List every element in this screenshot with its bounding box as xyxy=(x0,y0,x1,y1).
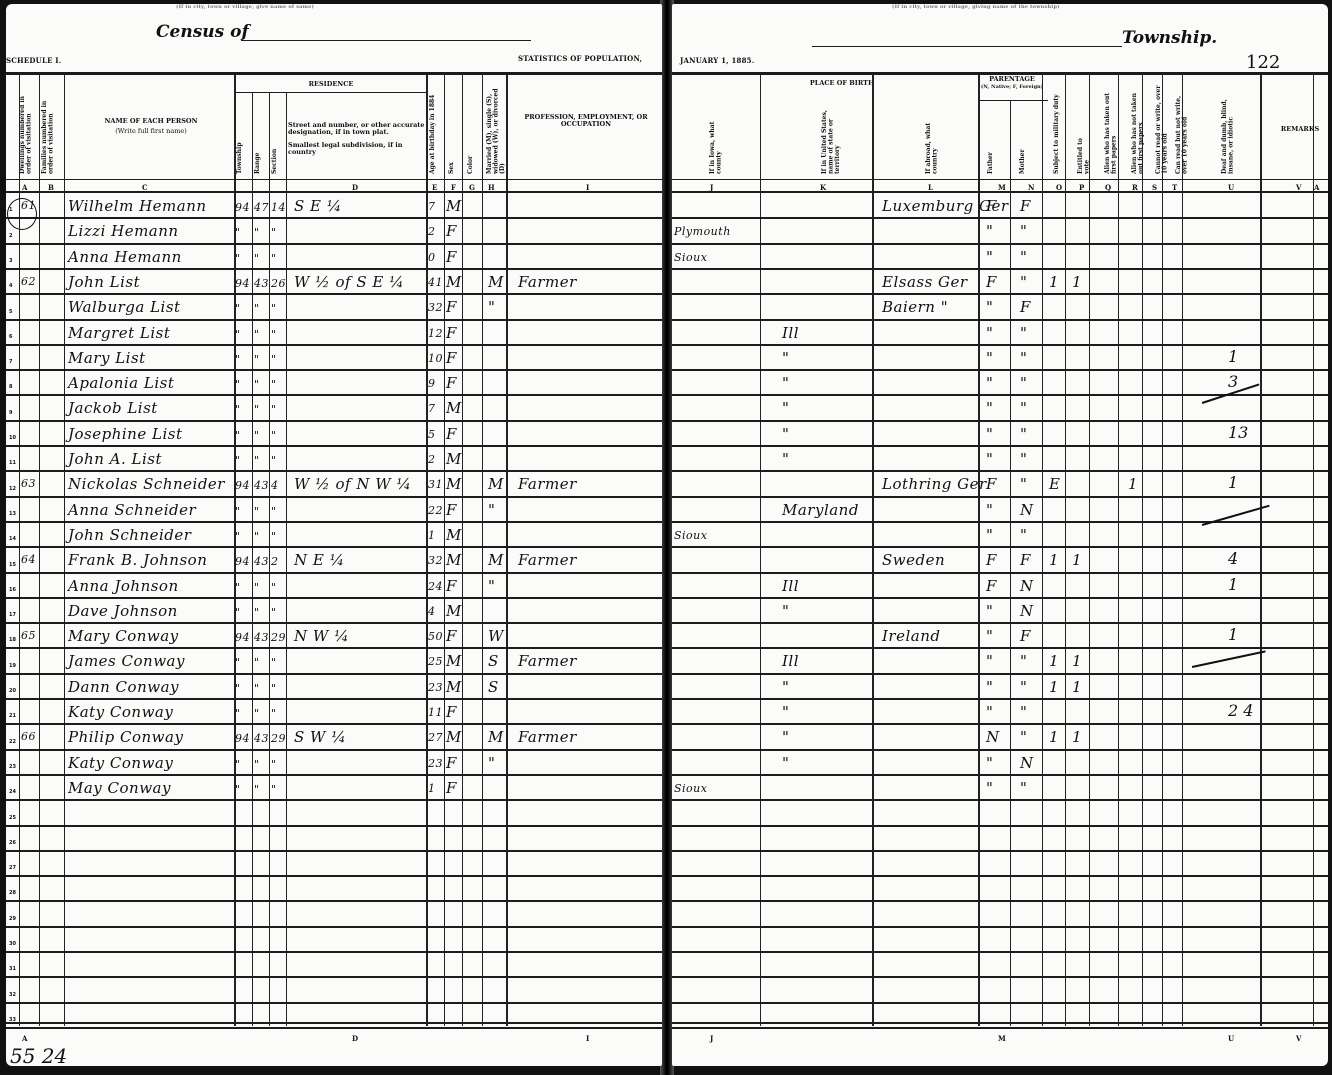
row-rule xyxy=(672,572,1328,574)
mother-value: N xyxy=(1020,501,1034,519)
township-value: " xyxy=(235,252,241,265)
sex-value: M xyxy=(446,652,462,670)
sex-value: M xyxy=(446,399,462,417)
row-rule xyxy=(672,1002,1328,1004)
father-value: " xyxy=(986,501,993,519)
street-value: S W ¼ xyxy=(294,728,346,746)
row-rule xyxy=(672,420,1328,422)
occupation-value: Farmer xyxy=(518,475,577,493)
person-name: Katy Conway xyxy=(68,703,173,721)
person-name: Philip Conway xyxy=(68,728,183,746)
row-rule xyxy=(6,799,662,801)
col-letter-o: O xyxy=(1056,183,1062,192)
printed-line-number: 12 xyxy=(9,486,16,492)
township-value: 94 xyxy=(235,631,250,644)
us-state-value: Maryland xyxy=(782,501,859,519)
township-value: " xyxy=(235,226,241,239)
township-value: " xyxy=(235,403,241,416)
person-name: Frank B. Johnson xyxy=(68,551,207,569)
row-rule xyxy=(6,420,662,422)
person-name: Mary List xyxy=(68,349,146,367)
letters-rule xyxy=(6,191,662,193)
person-name: Wilhelm Hemann xyxy=(68,197,207,215)
printed-line-number: 24 xyxy=(9,789,16,795)
remark-tally: 1 xyxy=(1228,347,1238,366)
person-name: Dann Conway xyxy=(68,678,179,696)
row-rule xyxy=(672,344,1328,346)
township-title: Township. xyxy=(1122,28,1217,48)
sex-value: M xyxy=(446,475,462,493)
row-rule xyxy=(6,749,662,751)
row-rule xyxy=(6,698,662,700)
sex-value: M xyxy=(446,273,462,291)
sex-value: F xyxy=(446,248,457,266)
occupation-value: Farmer xyxy=(518,728,577,746)
parentage-rule xyxy=(978,100,1048,101)
col-letter-d: D xyxy=(352,183,358,192)
abroad-value: Baiern " xyxy=(882,298,948,316)
row-rule xyxy=(6,243,662,245)
col-township-header: Township xyxy=(237,134,244,174)
remark-tally: 2 4 xyxy=(1228,701,1253,720)
sex-value: F xyxy=(446,349,457,367)
township-value: " xyxy=(235,505,241,518)
range-value: " xyxy=(254,581,260,594)
person-name: Jackob List xyxy=(68,399,158,417)
mother-value: F xyxy=(1020,627,1031,645)
age-value: 10 xyxy=(428,352,443,365)
marital-value: W xyxy=(488,627,504,645)
township-value: 94 xyxy=(235,201,250,214)
col-street-header: Street and number, or other accurate des… xyxy=(288,122,426,136)
dwelling-number: 62 xyxy=(21,275,36,288)
row-rule xyxy=(6,673,662,675)
col-letter-t: T xyxy=(1172,183,1177,192)
father-value: F xyxy=(986,273,997,291)
range-value: " xyxy=(254,454,260,467)
range-value: " xyxy=(254,707,260,720)
foot-letter-j: J xyxy=(710,1034,713,1043)
section-value: 26 xyxy=(271,277,286,290)
sex-value: M xyxy=(446,197,462,215)
col-letter-e: E xyxy=(432,183,437,192)
age-value: 41 xyxy=(428,276,443,289)
printed-line-number: 26 xyxy=(9,840,16,846)
footer-rule xyxy=(6,1022,662,1024)
mother-value: " xyxy=(1020,703,1027,721)
father-value: F xyxy=(986,577,997,595)
foot-letter-m: M xyxy=(998,1034,1006,1043)
age-value: 9 xyxy=(428,377,436,390)
place-of-birth-header: PLACE OF BIRTH xyxy=(732,80,952,87)
printed-line-number: 2 xyxy=(9,233,12,239)
township-value: " xyxy=(235,454,241,467)
printed-line-number: 17 xyxy=(9,612,16,618)
col-letter-i: I xyxy=(586,183,589,192)
col-profession-header: PROFESSION, EMPLOYMENT, OR OCCUPATION xyxy=(511,114,661,128)
sex-value: F xyxy=(446,501,457,519)
section-value: 14 xyxy=(271,201,286,214)
township-value: " xyxy=(235,429,241,442)
marital-value: " xyxy=(488,754,495,772)
col-deaf-header: Deaf and dumb, blind, insane, or idiotic xyxy=(1222,84,1235,174)
range-value: " xyxy=(254,403,260,416)
father-value: " xyxy=(986,627,993,645)
row-rule xyxy=(6,217,662,219)
occupation-value: Farmer xyxy=(518,652,577,670)
row-rule xyxy=(672,445,1328,447)
range-value: 43 xyxy=(254,732,269,745)
row-rule xyxy=(672,597,1328,599)
printed-line-number: 20 xyxy=(9,688,16,694)
foot-letter-a: A xyxy=(22,1034,27,1043)
row-rule xyxy=(672,369,1328,371)
person-name: May Conway xyxy=(68,779,171,797)
us-state-value: " xyxy=(782,678,789,696)
father-value: " xyxy=(986,324,993,342)
person-name: Katy Conway xyxy=(68,754,173,772)
page-number: 122 xyxy=(1246,52,1280,73)
person-name: Lizzi Hemann xyxy=(68,222,179,240)
section-value: " xyxy=(271,581,277,594)
range-value: " xyxy=(254,302,260,315)
abroad-value: Lothring Ger xyxy=(882,475,987,493)
printed-line-number: 14 xyxy=(9,536,16,542)
us-state-value: " xyxy=(782,703,789,721)
statistics-label: STATISTICS OF POPULATION, xyxy=(518,54,642,63)
marital-value: " xyxy=(488,501,495,519)
printed-line-number: 5 xyxy=(9,309,12,315)
census-title-blank-line xyxy=(241,40,531,41)
printed-line-number: 30 xyxy=(9,941,16,947)
col-letter-g: G xyxy=(469,183,475,192)
age-value: 11 xyxy=(428,706,443,719)
col-us-state-header: If in United States, name of state or te… xyxy=(822,94,842,174)
section-value: 29 xyxy=(271,631,286,644)
printed-line-number: 32 xyxy=(9,992,16,998)
township-value: " xyxy=(235,707,241,720)
col-letter-b: B xyxy=(48,183,54,192)
father-value: " xyxy=(986,678,993,696)
row-rule xyxy=(672,217,1328,219)
sex-value: F xyxy=(446,703,457,721)
row-rule xyxy=(6,369,662,371)
row-rule xyxy=(6,268,662,270)
remark-tally: 4 xyxy=(1228,549,1238,568)
father-value: F xyxy=(986,475,997,493)
col-rule xyxy=(1010,100,1011,1026)
printed-line-number: 28 xyxy=(9,890,16,896)
alien-value: 1 xyxy=(1128,475,1138,493)
father-value: " xyxy=(986,374,993,392)
township-value: " xyxy=(235,758,241,771)
row-rule xyxy=(672,698,1328,700)
age-value: 4 xyxy=(428,605,436,618)
row-rule xyxy=(6,470,662,472)
abroad-value: Sweden xyxy=(882,551,945,569)
person-name: Anna Schneider xyxy=(68,501,196,519)
census-title: Census of xyxy=(156,22,249,42)
us-state-value: " xyxy=(782,399,789,417)
printed-line-number: 15 xyxy=(9,562,16,568)
range-value: " xyxy=(254,252,260,265)
street-value: S E ¼ xyxy=(294,197,342,215)
row-rule xyxy=(6,546,662,548)
row-rule xyxy=(6,825,662,827)
left-page: (If in city, town or village, give name … xyxy=(6,4,662,1066)
father-value: " xyxy=(986,754,993,772)
mother-value: " xyxy=(1020,678,1027,696)
printed-line-number: 16 xyxy=(9,587,16,593)
iowa-county-value: Sioux xyxy=(674,251,707,264)
township-value: 94 xyxy=(235,555,250,568)
col-rule xyxy=(286,92,287,1026)
row-rule xyxy=(672,749,1328,751)
row-rule xyxy=(6,926,662,928)
remark-tally: 3 xyxy=(1228,372,1238,391)
sex-value: F xyxy=(446,324,457,342)
township-value: " xyxy=(235,606,241,619)
age-value: 7 xyxy=(428,200,436,213)
col-military-header: Subject to military duty xyxy=(1054,84,1061,174)
section-value: " xyxy=(271,530,277,543)
col-name-subheader: (Write full first name) xyxy=(76,128,226,135)
person-name: Anna Hemann xyxy=(68,248,182,266)
header-top-rule xyxy=(6,72,662,75)
township-blank-line xyxy=(812,46,1122,47)
col-father-header: Father xyxy=(988,144,995,174)
iowa-county-value: Sioux xyxy=(674,782,707,795)
col-family-header: Families numbered in order of visitation xyxy=(42,84,55,174)
col-name-header: NAME OF EACH PERSON xyxy=(76,118,226,125)
person-name: Apalonia List xyxy=(68,374,174,392)
top-note-right: (If in city, town or village, giving nam… xyxy=(892,4,1060,10)
col-letter-f: F xyxy=(451,183,456,192)
dwelling-number: 65 xyxy=(21,629,36,642)
range-value: 43 xyxy=(254,555,269,568)
marital-value: M xyxy=(488,475,504,493)
range-value: " xyxy=(254,328,260,341)
footer-tally: 55 24 xyxy=(10,1044,67,1066)
sex-value: M xyxy=(446,526,462,544)
schedule-label: SCHEDULE I. xyxy=(6,56,61,65)
age-value: 7 xyxy=(428,402,436,415)
row-rule xyxy=(6,344,662,346)
col-rule xyxy=(252,92,253,1026)
vote-value: 1 xyxy=(1072,652,1082,670)
township-value: " xyxy=(235,783,241,796)
row-rule xyxy=(672,622,1328,624)
range-value: " xyxy=(254,530,260,543)
us-state-value: " xyxy=(782,602,789,620)
sex-value: M xyxy=(446,728,462,746)
row-rule xyxy=(672,470,1328,472)
sex-value: M xyxy=(446,678,462,696)
col-letter-n: N xyxy=(1028,183,1034,192)
occupation-value: Farmer xyxy=(518,551,577,569)
age-value: 31 xyxy=(428,478,443,491)
age-value: 1 xyxy=(428,782,436,795)
section-value: " xyxy=(271,505,277,518)
remark-tally: 13 xyxy=(1228,423,1248,442)
printed-line-number: 4 xyxy=(9,283,12,289)
person-name: Walburga List xyxy=(68,298,181,316)
dwelling-number: 66 xyxy=(21,730,36,743)
foot-letter-u: U xyxy=(1228,1034,1234,1043)
row-rule xyxy=(6,774,662,776)
father-value: " xyxy=(986,425,993,443)
township-value: " xyxy=(235,530,241,543)
circled-dwelling-marker xyxy=(7,198,37,230)
printed-line-number: 3 xyxy=(9,258,12,264)
father-value: " xyxy=(986,222,993,240)
col-mother-header: Mother xyxy=(1020,144,1027,174)
row-rule xyxy=(672,546,1328,548)
row-rule xyxy=(672,875,1328,877)
row-rule xyxy=(6,850,662,852)
township-value: " xyxy=(235,656,241,669)
father-value: " xyxy=(986,399,993,417)
footer-rule xyxy=(672,1022,1328,1024)
mother-value: N xyxy=(1020,602,1034,620)
father-value: " xyxy=(986,526,993,544)
township-value: 94 xyxy=(235,277,250,290)
header-bottom-rule xyxy=(672,179,1328,180)
age-value: 0 xyxy=(428,251,436,264)
marital-value: S xyxy=(488,652,499,670)
military-value: 1 xyxy=(1049,551,1059,569)
range-value: " xyxy=(254,783,260,796)
township-value: " xyxy=(235,682,241,695)
parentage-subheader: (N, Native; F, Foreign) xyxy=(980,84,1044,91)
mother-value: " xyxy=(1020,248,1027,266)
printed-line-number: 22 xyxy=(9,739,16,745)
remark-tally: 1 xyxy=(1228,625,1238,644)
father-value: " xyxy=(986,602,993,620)
section-value: " xyxy=(271,758,277,771)
sex-value: F xyxy=(446,779,457,797)
row-rule xyxy=(6,951,662,953)
col-alien-no-papers-header: Alien who has not taken out first papers xyxy=(1132,84,1145,174)
township-value: " xyxy=(235,353,241,366)
mother-value: " xyxy=(1020,222,1027,240)
row-rule xyxy=(672,976,1328,978)
row-rule xyxy=(6,394,662,396)
street-value: N E ¼ xyxy=(294,551,345,569)
col-letter-l: L xyxy=(928,183,933,192)
marital-value: S xyxy=(488,678,499,696)
col-letter-m: M xyxy=(998,183,1006,192)
section-value: " xyxy=(271,454,277,467)
row-rule xyxy=(672,799,1328,801)
section-value: " xyxy=(271,226,277,239)
row-rule xyxy=(6,1002,662,1004)
mother-value: " xyxy=(1020,728,1027,746)
range-value: " xyxy=(254,606,260,619)
mother-value: " xyxy=(1020,425,1027,443)
row-rule xyxy=(6,496,662,498)
father-value: " xyxy=(986,349,993,367)
row-rule xyxy=(672,521,1328,523)
section-value: " xyxy=(271,378,277,391)
marital-value: M xyxy=(488,551,504,569)
row-rule xyxy=(6,521,662,523)
sex-value: F xyxy=(446,627,457,645)
col-dwelling-header: Dwellings numbered in order of visitatio… xyxy=(20,84,33,174)
row-rule xyxy=(672,825,1328,827)
marital-value: M xyxy=(488,728,504,746)
remark-tally: 1 xyxy=(1228,473,1238,492)
age-value: 25 xyxy=(428,655,443,668)
us-state-value: " xyxy=(782,754,789,772)
printed-line-number: 18 xyxy=(9,637,16,643)
section-value: 4 xyxy=(271,479,279,492)
printed-line-number: 27 xyxy=(9,865,16,871)
age-value: 2 xyxy=(428,225,436,238)
age-value: 12 xyxy=(428,327,443,340)
father-value: F xyxy=(986,551,997,569)
us-state-value: Ill xyxy=(782,577,799,595)
section-value: 2 xyxy=(271,555,279,568)
printed-line-number: 8 xyxy=(9,384,12,390)
col-letter-v: V xyxy=(1296,183,1301,192)
mother-value: " xyxy=(1020,399,1027,417)
marital-value: " xyxy=(488,577,495,595)
row-rule xyxy=(672,926,1328,928)
printed-line-number: 6 xyxy=(9,334,12,340)
row-rule xyxy=(672,951,1328,953)
township-value: 94 xyxy=(235,732,250,745)
col-alien-papers-header: Alien who has taken out first papers xyxy=(1105,84,1118,174)
row-rule xyxy=(672,496,1328,498)
sex-value: M xyxy=(446,602,462,620)
row-rule xyxy=(672,268,1328,270)
range-value: " xyxy=(254,758,260,771)
vote-value: 1 xyxy=(1072,273,1082,291)
section-value: " xyxy=(271,328,277,341)
printed-line-number: 9 xyxy=(9,410,12,416)
row-rule xyxy=(672,673,1328,675)
mother-value: " xyxy=(1020,779,1027,797)
col-sex-header: Sex xyxy=(449,154,456,174)
us-state-value: Ill xyxy=(782,324,799,342)
mother-value: " xyxy=(1020,475,1027,493)
father-value: " xyxy=(986,703,993,721)
col-letter-s: S xyxy=(1152,183,1157,192)
age-value: 23 xyxy=(428,757,443,770)
col-street-subheader: Smallest legal subdivision, if in countr… xyxy=(288,142,426,156)
father-value: " xyxy=(986,450,993,468)
abroad-value: Ireland xyxy=(882,627,940,645)
printed-line-number: 25 xyxy=(9,815,16,821)
military-value: E xyxy=(1049,475,1060,493)
mother-value: N xyxy=(1020,577,1034,595)
person-name: John List xyxy=(68,273,140,291)
row-rule xyxy=(672,394,1328,396)
us-state-value: " xyxy=(782,450,789,468)
col-letter-p: P xyxy=(1079,183,1084,192)
range-value: " xyxy=(254,656,260,669)
col-letter-u: U xyxy=(1228,183,1234,192)
vote-value: 1 xyxy=(1072,728,1082,746)
sex-value: F xyxy=(446,298,457,316)
col-iowa-county-header: If in Iowa, what county xyxy=(710,104,723,174)
mother-value: F xyxy=(1020,197,1031,215)
range-value: 43 xyxy=(254,479,269,492)
range-value: " xyxy=(254,353,260,366)
col-letter-j: J xyxy=(710,183,713,192)
mother-value: " xyxy=(1020,273,1027,291)
